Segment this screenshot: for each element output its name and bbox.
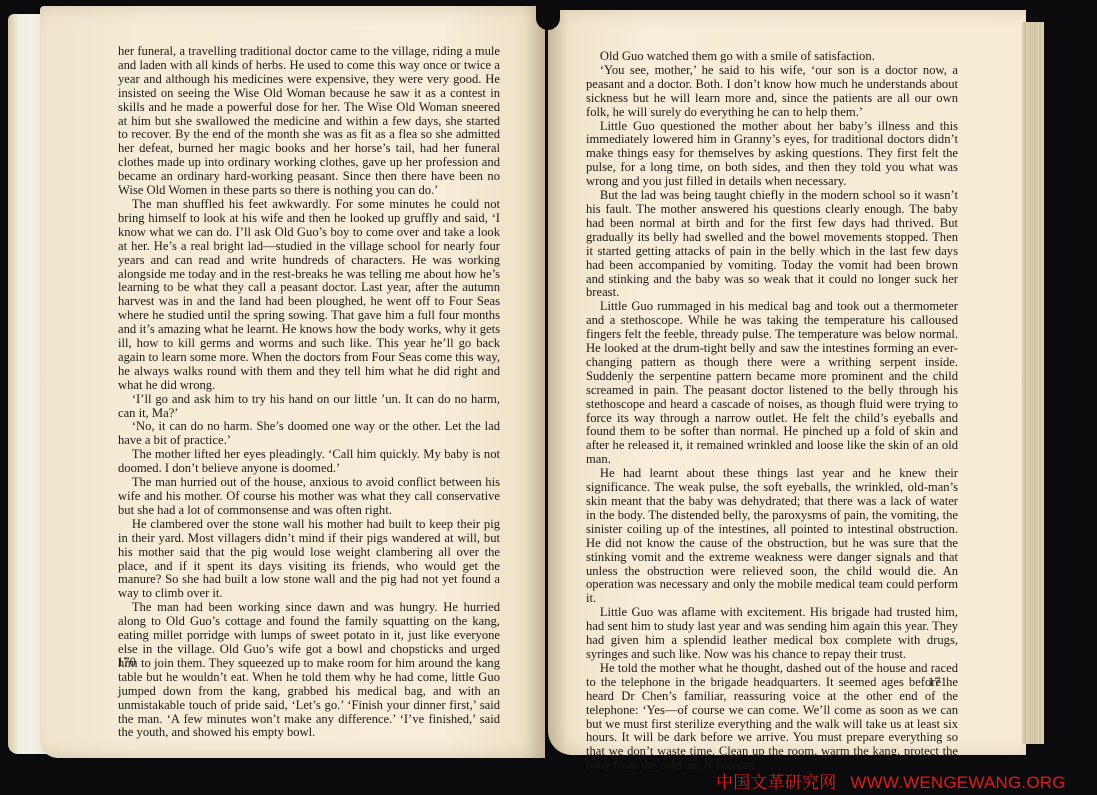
paragraph: He told the mother what he thought, dash… xyxy=(586,662,958,773)
paragraph: The man had been working since dawn and … xyxy=(118,601,500,740)
paragraph: Little Guo was aflame with excitement. H… xyxy=(586,606,958,662)
right-page-body: Old Guo watched them go with a smile of … xyxy=(586,50,958,773)
book-gutter xyxy=(536,0,560,30)
paragraph: But the lad was being taught chiefly in … xyxy=(586,189,958,300)
right-page-stack-edge xyxy=(1022,22,1044,744)
watermark-chinese-text: 中国文革研究网 xyxy=(716,773,836,793)
paragraph: The man hurried out of the house, anxiou… xyxy=(118,476,500,518)
site-watermark: 中国文革研究网WWW.WENGEWANG.ORG xyxy=(716,768,1066,793)
page-number-left: 170 xyxy=(117,655,136,670)
paragraph: Little Guo questioned the mother about h… xyxy=(586,120,958,190)
paragraph: He had learnt about these things last ye… xyxy=(586,467,958,606)
page-number-right: 171 xyxy=(928,675,947,690)
open-book-spread: her funeral, a travelling traditional do… xyxy=(0,0,1097,795)
paragraph: The man shuffled his feet awkwardly. For… xyxy=(118,198,500,393)
paragraph: ‘You see, mother,’ he said to his wife, … xyxy=(586,64,958,120)
paragraph: ‘I’ll go and ask him to try his hand on … xyxy=(118,393,500,421)
paragraph: The mother lifted her eyes pleadingly. ‘… xyxy=(118,448,500,476)
paragraph: He clambered over the stone wall his mot… xyxy=(118,518,500,601)
paragraph: Old Guo watched them go with a smile of … xyxy=(586,50,958,64)
paragraph: ‘No, it can do no harm. She’s doomed one… xyxy=(118,420,500,448)
left-page-body: her funeral, a travelling traditional do… xyxy=(118,45,500,740)
paragraph: Little Guo rummaged in his medical bag a… xyxy=(586,300,958,467)
watermark-url: WWW.WENGEWANG.ORG xyxy=(850,773,1065,792)
paragraph: her funeral, a travelling traditional do… xyxy=(118,45,500,198)
